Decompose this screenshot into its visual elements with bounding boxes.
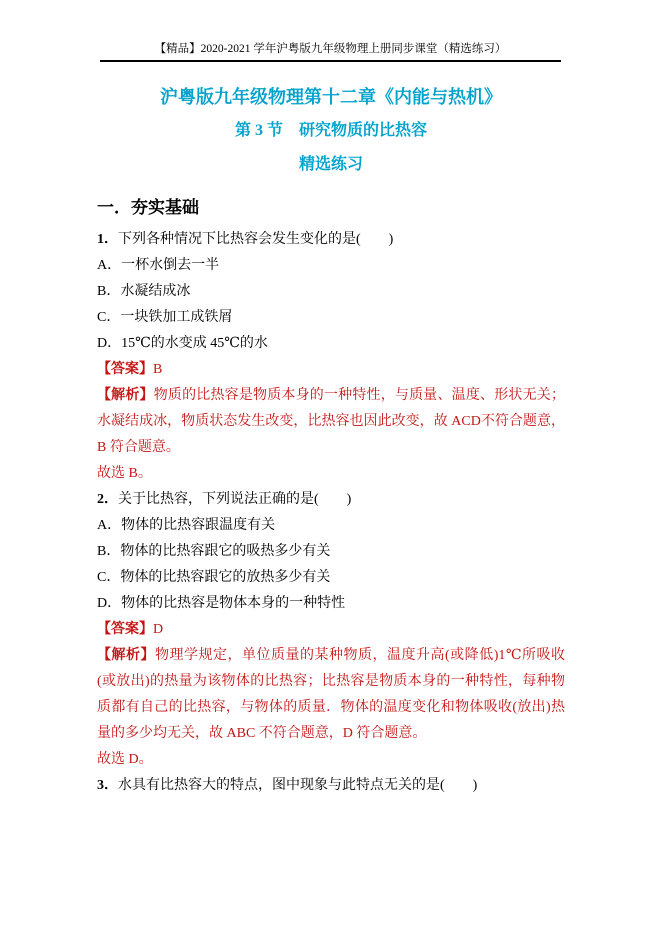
analysis-2-text: 物理学规定，单位质量的某种物质，温度升高(或降低)1℃所吸收(或放出)的热量为该…	[97, 648, 565, 741]
document-title: 沪粤版九年级物理第十二章《内能与热机》	[97, 86, 565, 108]
analysis-1-text: 物质的比热容是物质本身的一种特性，与质量、温度、形状无关；水凝结成冰，物质状态发…	[97, 388, 565, 455]
question-3-number: 3．	[97, 778, 118, 793]
question-2-option-a: A．物体的比热容跟温度有关	[97, 513, 565, 539]
document-page: 【精品】2020-2021 学年沪粤版九年级物理上册同步课堂（精选练习） 沪粤版…	[0, 0, 661, 935]
question-2-option-b: B．物体的比热容跟它的吸热多少有关	[97, 539, 565, 565]
conclusion-2: 故选 D。	[97, 747, 565, 773]
answer-2: 【答案】D	[97, 617, 565, 643]
section-heading: 一．夯实基础	[97, 197, 565, 218]
document-subtitle: 第 3 节 研究物质的比热容	[97, 121, 565, 141]
analysis-1-label: 【解析】	[97, 388, 154, 403]
answer-1-value: B	[153, 362, 162, 377]
question-3: 3．水具有比热容大的特点，图中现象与此特点无关的是( )	[97, 773, 565, 799]
question-2-option-d: D．物体的比热容是物体本身的一种特性	[97, 591, 565, 617]
document-content: 沪粤版九年级物理第十二章《内能与热机》 第 3 节 研究物质的比热容 精选练习 …	[97, 86, 565, 799]
answer-2-label: 【答案】	[97, 622, 153, 637]
question-2-option-c: C．物体的比热容跟它的放热多少有关	[97, 565, 565, 591]
question-2-number: 2．	[97, 492, 118, 507]
answer-1-label: 【答案】	[97, 362, 153, 377]
question-1-option-a: A．一杯水倒去一半	[97, 253, 565, 279]
page-header-text: 【精品】2020-2021 学年沪粤版九年级物理上册同步课堂（精选练习）	[0, 0, 661, 56]
question-1-text: 下列各种情况下比热容会发生变化的是( )	[118, 232, 393, 247]
question-1-number: 1．	[97, 232, 118, 247]
analysis-1: 【解析】物质的比热容是物质本身的一种特性，与质量、温度、形状无关；水凝结成冰，物…	[97, 383, 565, 461]
question-2-text: 关于比热容，下列说法正确的是( )	[118, 492, 351, 507]
answer-1: 【答案】B	[97, 357, 565, 383]
analysis-2: 【解析】物理学规定，单位质量的某种物质，温度升高(或降低)1℃所吸收(或放出)的…	[97, 643, 565, 747]
question-2: 2．关于比热容，下列说法正确的是( )	[97, 487, 565, 513]
question-3-text: 水具有比热容大的特点，图中现象与此特点无关的是( )	[118, 778, 477, 793]
question-1-option-b: B．水凝结成冰	[97, 279, 565, 305]
document-subtitle-2: 精选练习	[97, 155, 565, 175]
analysis-2-label: 【解析】	[97, 648, 155, 663]
question-1-option-d: D．15℃的水变成 45℃的水	[97, 331, 565, 357]
conclusion-1: 故选 B。	[97, 461, 565, 487]
answer-2-value: D	[153, 622, 163, 637]
question-1: 1．下列各种情况下比热容会发生变化的是( )	[97, 227, 565, 253]
header-rule	[100, 60, 561, 62]
question-1-option-c: C．一块铁加工成铁屑	[97, 305, 565, 331]
